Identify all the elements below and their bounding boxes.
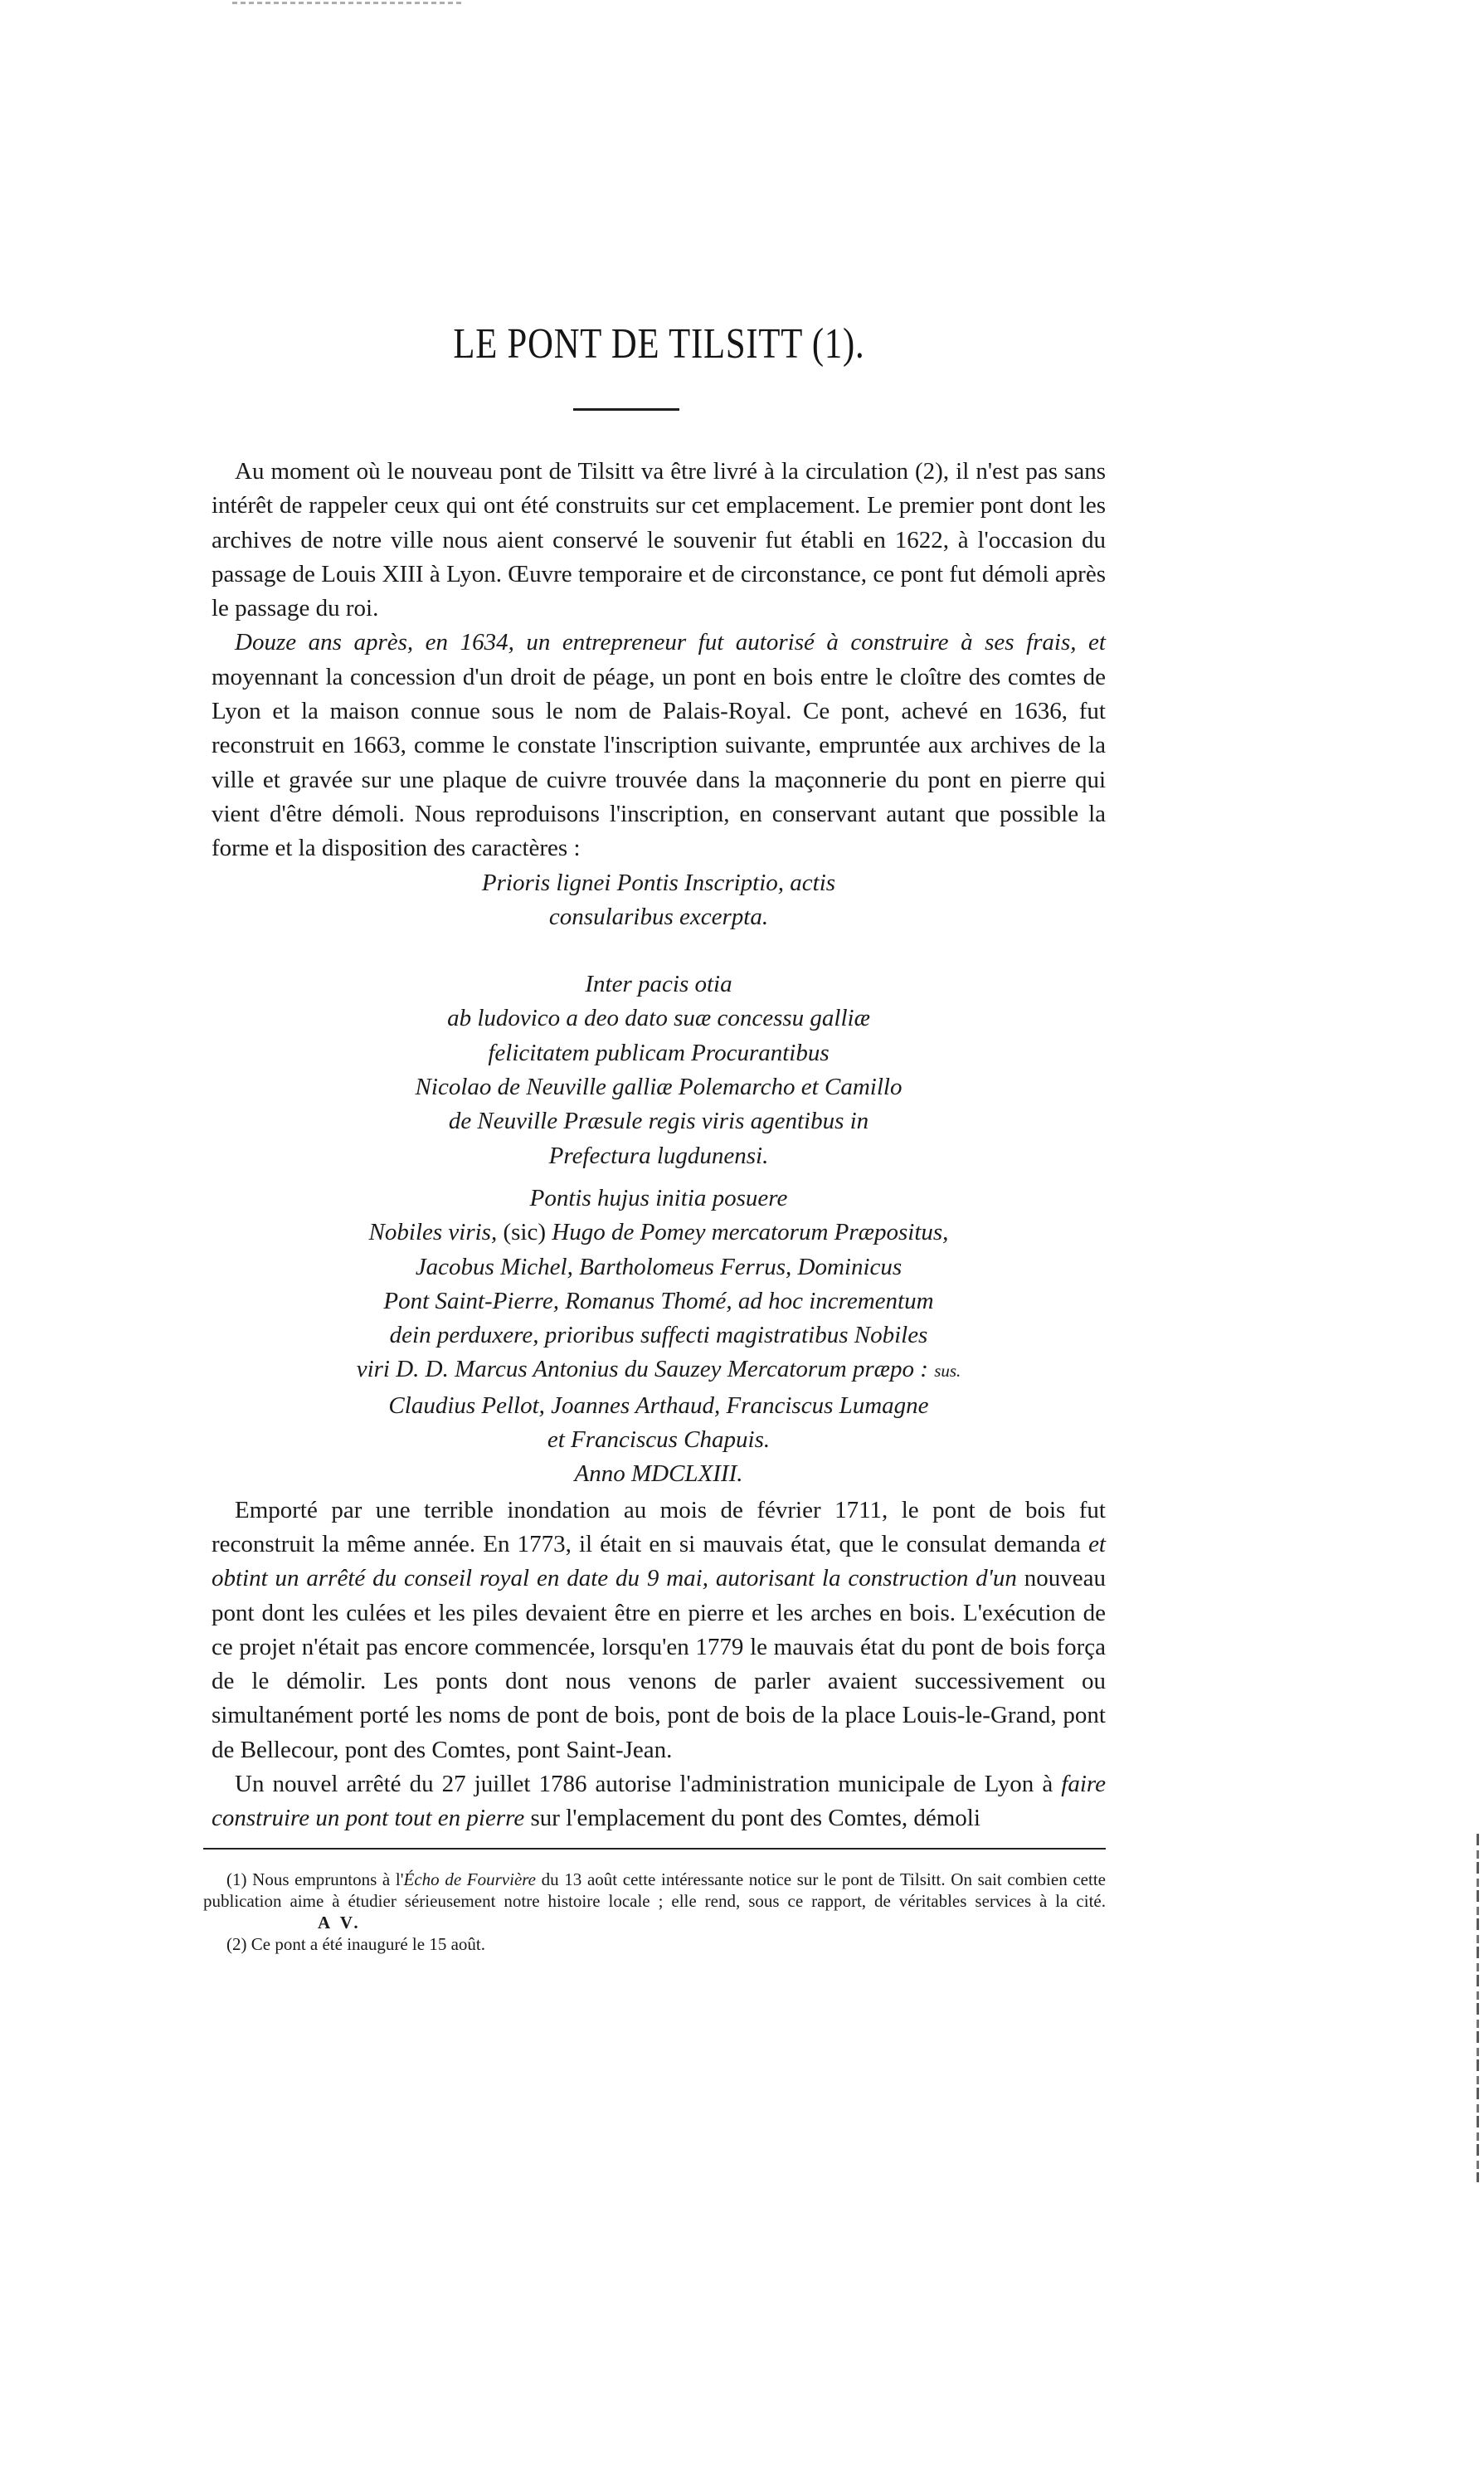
inscription-heading-line: Prioris lignei Pontis Inscriptio, actis: [212, 866, 1106, 900]
inscription-date: Anno MDCLXIII.: [212, 1457, 1106, 1491]
inscription-line: Pont Saint-Pierre, Romanus Thomé, ad hoc…: [212, 1284, 1106, 1318]
inscription-heading: Prioris lignei Pontis Inscriptio, actis …: [212, 866, 1106, 935]
inscription-text: Hugo de Pomey mercatorum Præpositus,: [546, 1219, 948, 1245]
inscription-line: ab ludovico a deo dato suæ concessu gall…: [212, 1002, 1106, 1036]
footnote-source: Écho de Fourvière: [404, 1869, 536, 1889]
inscription-line: viri D. D. Marcus Antonius du Sauzey Mer…: [212, 1352, 1106, 1388]
paragraph-2-text: moyennant la concession d'un droit de pé…: [212, 664, 1106, 861]
footnote-signature: A V.: [294, 1912, 362, 1933]
footnotes: (1) Nous empruntons à l'Écho de Fourvièr…: [203, 1869, 1106, 1955]
footnote-1: (1) Nous empruntons à l'Écho de Fourvièr…: [203, 1869, 1106, 1933]
footnote-text: Nous empruntons à l': [247, 1869, 404, 1889]
title-divider: [573, 408, 679, 411]
inscription-line: Jacobus Michel, Bartholomeus Ferrus, Dom…: [212, 1250, 1106, 1284]
paragraph-4-text: sur l'emplacement du pont des Comtes, dé…: [524, 1805, 980, 1831]
paragraph-2-italic: Douze ans après, en 1634, un entrepreneu…: [235, 629, 1106, 656]
scan-artifact: [232, 2, 465, 4]
footnote-text: Ce pont a été inauguré le 15 août.: [247, 1934, 486, 1954]
footnote-marker: (1): [226, 1869, 247, 1889]
scan-edge: [1477, 1834, 1479, 2182]
document-page: LE PONT DE TILSITT (1). Au moment où le …: [0, 0, 1484, 2471]
inscription-line: felicitatem publicam Procurantibus: [212, 1036, 1106, 1070]
inscription-line: Nobiles viris, (sic) Hugo de Pomey merca…: [212, 1216, 1106, 1250]
footnote-divider: [203, 1848, 1106, 1850]
inscription-text: viri D. D. Marcus Antonius du Sauzey Mer…: [357, 1356, 934, 1382]
paragraph-3: Emporté par une terrible inondation au m…: [212, 1494, 1106, 1767]
paragraph-4: Un nouvel arrêté du 27 juillet 1786 auto…: [212, 1767, 1106, 1836]
footnote-marker: (2): [226, 1934, 247, 1954]
paragraph-2: Douze ans après, en 1634, un entrepreneu…: [212, 626, 1106, 865]
inscription-line: dein perduxere, prioribus suffecti magis…: [212, 1318, 1106, 1352]
inscription-line: et Franciscus Chapuis.: [212, 1423, 1106, 1457]
inscription-line: de Neuville Præsule regis viris agentibu…: [212, 1104, 1106, 1138]
sic-annotation: (sic): [503, 1219, 546, 1245]
inscription-text: Nobiles viris,: [369, 1219, 504, 1245]
page-title: LE PONT DE TILSITT (1).: [119, 319, 1199, 368]
paragraph-1: Au moment où le nouveau pont de Tilsitt …: [212, 455, 1106, 626]
paragraph-4-text: Un nouvel arrêté du 27 juillet 1786 auto…: [235, 1771, 1061, 1797]
inscription-line: Claudius Pellot, Joannes Arthaud, Franci…: [212, 1389, 1106, 1423]
article-body: Au moment où le nouveau pont de Tilsitt …: [212, 455, 1106, 1836]
inscription-block-2: Pontis hujus initia posuere Nobiles viri…: [212, 1182, 1106, 1492]
inscription-heading-line: consularibus excerpta.: [212, 900, 1106, 934]
inscription-line: Inter pacis otia: [212, 967, 1106, 1002]
paragraph-3-text: Emporté par une terrible inondation au m…: [212, 1497, 1106, 1557]
inscription-abbrev: sus.: [934, 1361, 961, 1381]
inscription-line: Pontis hujus initia posuere: [212, 1182, 1106, 1216]
inscription-line: Nicolao de Neuville galliæ Polemarcho et…: [212, 1070, 1106, 1104]
inscription-block-1: Inter pacis otia ab ludovico a deo dato …: [212, 967, 1106, 1173]
paragraph-3-text: nouveau pont dont les culées et les pile…: [212, 1565, 1106, 1762]
inscription-line: Prefectura lugdunensi.: [212, 1139, 1106, 1173]
footnote-2: (2) Ce pont a été inauguré le 15 août.: [203, 1933, 1106, 1955]
